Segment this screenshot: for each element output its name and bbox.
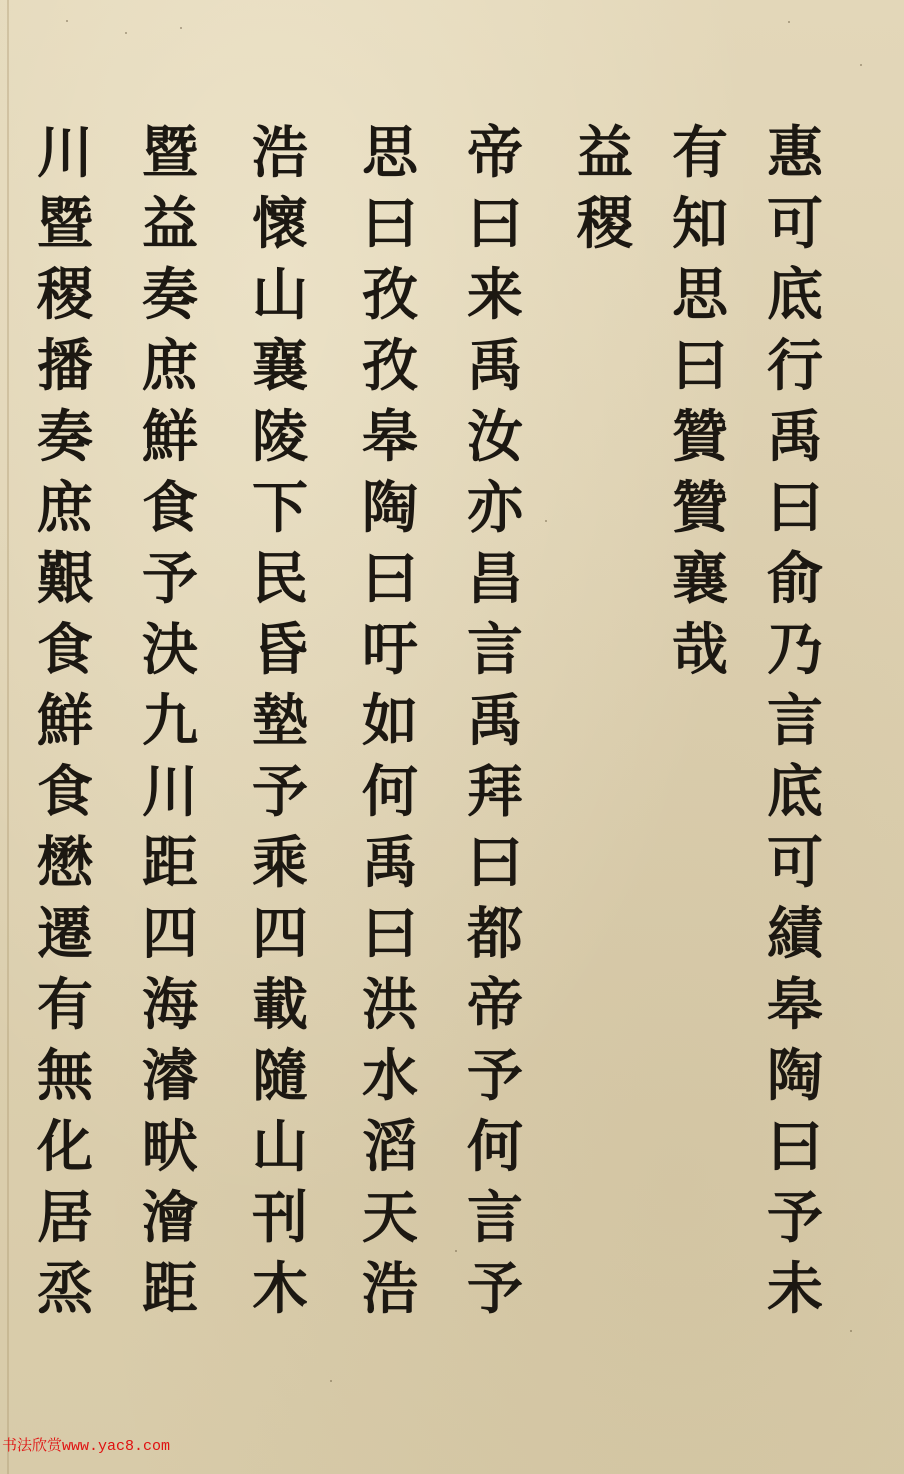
- calligraphy-character: 益: [560, 118, 650, 189]
- calligraphy-character: 底: [750, 260, 840, 331]
- calligraphy-character: 四: [125, 899, 215, 970]
- calligraphy-character: 可: [750, 828, 840, 899]
- calligraphy-character: 川: [125, 757, 215, 828]
- calligraphy-character: 襄: [655, 544, 745, 615]
- calligraphy-character: 言: [750, 686, 840, 757]
- calligraphy-character: 天: [345, 1183, 435, 1254]
- calligraphy-character: 有: [20, 970, 110, 1041]
- calligraphy-character: 昏: [235, 615, 325, 686]
- calligraphy-character: 昌: [450, 544, 540, 615]
- text-column-1: 惠可底行禹曰俞乃言底可績皋陶曰予未: [750, 118, 840, 1325]
- calligraphy-character: 言: [450, 1183, 540, 1254]
- calligraphy-character: 海: [125, 970, 215, 1041]
- calligraphy-character: 禹: [450, 331, 540, 402]
- calligraphy-character: 惠: [750, 118, 840, 189]
- calligraphy-character: 皋: [750, 970, 840, 1041]
- calligraphy-character: 四: [235, 899, 325, 970]
- calligraphy-character: 曰: [750, 473, 840, 544]
- calligraphy-character: 陶: [345, 473, 435, 544]
- calligraphy-character: 帝: [450, 970, 540, 1041]
- calligraphy-character: 艱: [20, 544, 110, 615]
- calligraphy-character: 奏: [20, 402, 110, 473]
- calligraphy-character: 曰: [655, 331, 745, 402]
- calligraphy-character: 播: [20, 331, 110, 402]
- site-watermark: 书法欣赏www.yac8.com: [2, 1434, 170, 1455]
- calligraphy-character: 贊: [655, 473, 745, 544]
- calligraphy-character: 決: [125, 615, 215, 686]
- calligraphy-character: 汝: [450, 402, 540, 473]
- calligraphy-character: 水: [345, 1041, 435, 1112]
- text-column-3: 益稷: [560, 118, 650, 260]
- calligraphy-character: 懷: [235, 189, 325, 260]
- calligraphy-character: 知: [655, 189, 745, 260]
- calligraphy-character: 濬: [125, 1041, 215, 1112]
- calligraphy-character: 未: [750, 1254, 840, 1325]
- calligraphy-character: 滔: [345, 1112, 435, 1183]
- calligraphy-character: 木: [235, 1254, 325, 1325]
- text-column-5: 思曰孜孜皋陶曰吁如何禹曰洪水滔天浩: [345, 118, 435, 1325]
- calligraphy-character: 稷: [20, 260, 110, 331]
- calligraphy-character: 食: [20, 757, 110, 828]
- calligraphy-character: 居: [20, 1183, 110, 1254]
- calligraphy-character: 都: [450, 899, 540, 970]
- calligraphy-character: 庶: [20, 473, 110, 544]
- calligraphy-character: 曰: [345, 899, 435, 970]
- calligraphy-character: 孜: [345, 260, 435, 331]
- calligraphy-character: 畎: [125, 1112, 215, 1183]
- calligraphy-character: 暨: [125, 118, 215, 189]
- calligraphy-character: 益: [125, 189, 215, 260]
- calligraphy-character: 禹: [750, 402, 840, 473]
- calligraphy-character: 贊: [655, 402, 745, 473]
- calligraphy-character: 拜: [450, 757, 540, 828]
- calligraphy-character: 哉: [655, 615, 745, 686]
- calligraphy-character: 如: [345, 686, 435, 757]
- calligraphy-character: 予: [125, 544, 215, 615]
- calligraphy-character: 俞: [750, 544, 840, 615]
- calligraphy-character: 禹: [450, 686, 540, 757]
- calligraphy-character: 庶: [125, 331, 215, 402]
- calligraphy-character: 乘: [235, 828, 325, 899]
- calligraphy-character: 行: [750, 331, 840, 402]
- text-column-2: 有知思曰贊贊襄哉: [655, 118, 745, 686]
- calligraphy-character: 襄: [235, 331, 325, 402]
- text-column-4: 帝曰来禹汝亦昌言禹拜曰都帝予何言予: [450, 118, 540, 1325]
- calligraphy-character: 九: [125, 686, 215, 757]
- calligraphy-character: 曰: [450, 189, 540, 260]
- calligraphy-character: 距: [125, 828, 215, 899]
- calligraphy-character: 思: [655, 260, 745, 331]
- calligraphy-character: 墊: [235, 686, 325, 757]
- calligraphy-character: 曰: [750, 1112, 840, 1183]
- calligraphy-character: 載: [235, 970, 325, 1041]
- text-column-6: 浩懷山襄陵下民昏墊予乘四載隨山刊木: [235, 118, 325, 1325]
- calligraphy-character: 澮: [125, 1183, 215, 1254]
- calligraphy-character: 距: [125, 1254, 215, 1325]
- calligraphy-character: 予: [450, 1254, 540, 1325]
- calligraphy-character: 浩: [235, 118, 325, 189]
- calligraphy-character: 底: [750, 757, 840, 828]
- calligraphy-character: 曰: [345, 189, 435, 260]
- calligraphy-character: 吁: [345, 615, 435, 686]
- calligraphy-character: 可: [750, 189, 840, 260]
- calligraphy-character: 禹: [345, 828, 435, 899]
- calligraphy-character: 曰: [450, 828, 540, 899]
- calligraphy-character: 無: [20, 1041, 110, 1112]
- calligraphy-character: 稷: [560, 189, 650, 260]
- calligraphy-character: 帝: [450, 118, 540, 189]
- calligraphy-character: 予: [450, 1041, 540, 1112]
- calligraphy-character: 陶: [750, 1041, 840, 1112]
- calligraphy-character: 曰: [345, 544, 435, 615]
- calligraphy-character: 化: [20, 1112, 110, 1183]
- calligraphy-character: 洪: [345, 970, 435, 1041]
- calligraphy-character: 何: [450, 1112, 540, 1183]
- calligraphy-character: 烝: [20, 1254, 110, 1325]
- calligraphy-character: 孜: [345, 331, 435, 402]
- calligraphy-character: 皋: [345, 402, 435, 473]
- text-column-7: 暨益奏庶鮮食予決九川距四海濬畎澮距: [125, 118, 215, 1325]
- calligraphy-character: 下: [235, 473, 325, 544]
- calligraphy-character: 隨: [235, 1041, 325, 1112]
- calligraphy-character: 何: [345, 757, 435, 828]
- calligraphy-character: 食: [125, 473, 215, 544]
- calligraphy-character: 暨: [20, 189, 110, 260]
- calligraphy-character: 鮮: [125, 402, 215, 473]
- calligraphy-character: 川: [20, 118, 110, 189]
- calligraphy-character: 有: [655, 118, 745, 189]
- calligraphy-character: 民: [235, 544, 325, 615]
- calligraphy-character: 陵: [235, 402, 325, 473]
- calligraphy-manuscript: 惠可底行禹曰俞乃言底可績皋陶曰予未 有知思曰贊贊襄哉 益稷 帝曰来禹汝亦昌言禹拜…: [0, 0, 904, 1474]
- calligraphy-character: 言: [450, 615, 540, 686]
- calligraphy-character: 遷: [20, 899, 110, 970]
- calligraphy-character: 思: [345, 118, 435, 189]
- calligraphy-character: 鮮: [20, 686, 110, 757]
- text-column-8: 川暨稷播奏庶艱食鮮食懋遷有無化居烝: [20, 118, 110, 1325]
- calligraphy-character: 山: [235, 260, 325, 331]
- calligraphy-character: 食: [20, 615, 110, 686]
- calligraphy-character: 浩: [345, 1254, 435, 1325]
- calligraphy-character: 乃: [750, 615, 840, 686]
- calligraphy-character: 来: [450, 260, 540, 331]
- calligraphy-character: 予: [235, 757, 325, 828]
- calligraphy-character: 刊: [235, 1183, 325, 1254]
- calligraphy-character: 績: [750, 899, 840, 970]
- calligraphy-character: 亦: [450, 473, 540, 544]
- calligraphy-character: 懋: [20, 828, 110, 899]
- calligraphy-character: 奏: [125, 260, 215, 331]
- calligraphy-character: 予: [750, 1183, 840, 1254]
- calligraphy-character: 山: [235, 1112, 325, 1183]
